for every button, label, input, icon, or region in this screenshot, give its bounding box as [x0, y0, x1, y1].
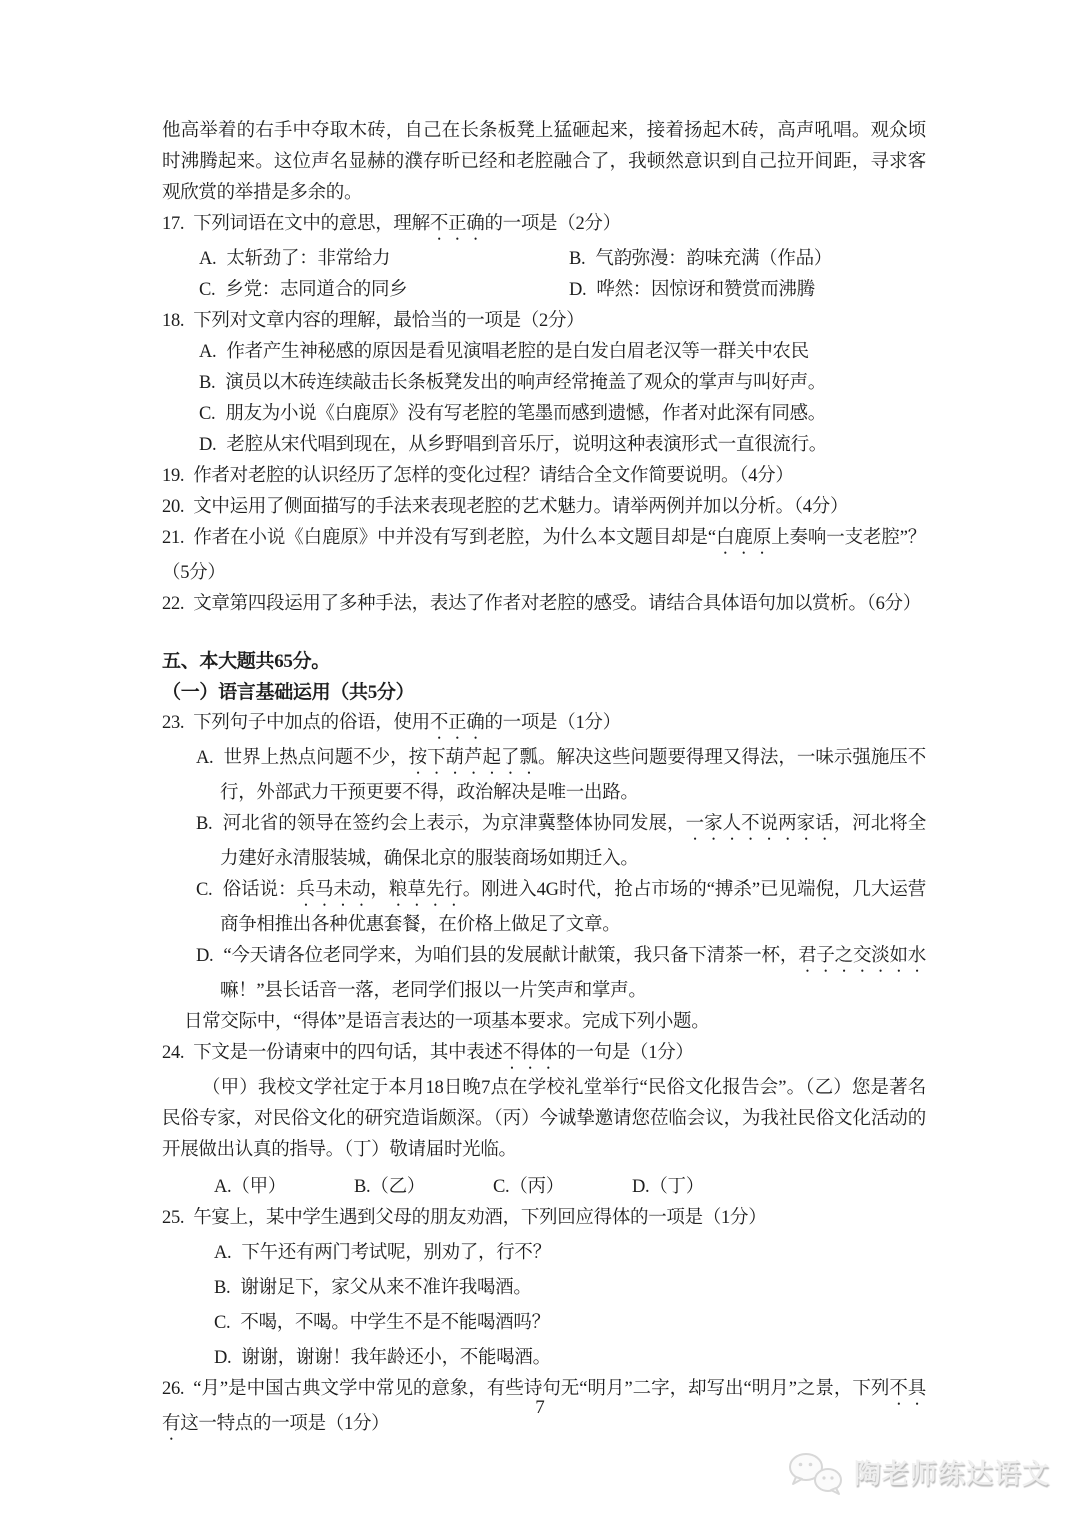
question-17-options: A.太斩劲了：非常给力 B.气韵弥漫：韵味充满（作品） C.乡党：志同道合的同乡… [162, 244, 926, 306]
wechat-icon [784, 1450, 848, 1498]
question-23-option-b: B.河北省的领导在签约会上表示，为京津冀整体协同发展，一家人不说两家话，河北将全… [162, 809, 926, 875]
option-text: “今天请各位老同学来，为咱们县的发展献计献策，我只备下清茶一杯，君子之交淡如水嘛… [220, 946, 926, 1001]
question-23-option-a: A.世界上热点问题不少，按下葫芦起了瓢。解决这些问题要得理又得法，一味示强施压不… [162, 743, 926, 809]
option-text: 哗然：因惊讶和赞赏而沸腾 [596, 280, 814, 300]
passage-text: 他高举着的右手中夺取木砖，自己在长条板凳上猛砸起来，接着扬起木砖，高声吼唱。观众… [162, 116, 926, 209]
option-label: C. [199, 280, 215, 300]
question-21: 21.作者在小说《白鹿原》中并没有写到老腔，为什么本文题目却是“白鹿原上奏响一支… [162, 523, 926, 589]
exam-page: 他高举着的右手中夺取木砖，自己在长条板凳上猛砸起来，接着扬起木砖，高声吼唱。观众… [0, 0, 1080, 1527]
option-text: 俗话说：兵马未动，粮草先行。刚进入4G时代，抢占市场的“搏杀”已见端倪，几大运营… [220, 880, 926, 935]
question-19-stem: 作者对老腔的认识经历了怎样的变化过程？请结合全文作简要说明。（4分） [193, 466, 793, 486]
watermark: 陶老师练达语文 [784, 1450, 1050, 1498]
question-23-option-c: C.俗话说：兵马未动，粮草先行。刚进入4G时代，抢占市场的“搏杀”已见端倪，几大… [162, 875, 926, 941]
option-text: 不喝，不喝。中学生不是不能喝酒吗？ [240, 1313, 549, 1333]
option-text: 气韵弥漫：韵味充满（作品） [595, 249, 832, 269]
question-24: 24.下文是一份请柬中的四句话，其中表述不得体的一句是（1分） [162, 1038, 926, 1073]
question-24-invitation-text: （甲）我校文学社定于本月18日晚7点在学校礼堂举行“民俗文化报告会”。（乙）您是… [162, 1073, 926, 1166]
question-18-option-a: A.作者产生神秘感的原因是看见演唱老腔的是白发白眉老汉等一群关中农民 [162, 337, 926, 368]
option-text: 下午还有两门考试呢，别劝了，行不？ [241, 1243, 550, 1263]
question-17-option-a: A.太斩劲了：非常给力 [199, 244, 569, 275]
option-text: 世界上热点问题不少，按下葫芦起了瓢。解决这些问题要得理又得法，一味示强施压不行，… [220, 748, 926, 803]
question-25-option-d: D.谢谢，谢谢！我年龄还小，不能喝酒。 [162, 1343, 926, 1374]
question-20: 20.文中运用了侧面描写的手法来表现老腔的艺术魅力。请举两例并加以分析。（4分） [162, 492, 926, 523]
question-23-stem: 下列句子中加点的俗语，使用不正确的一项是（1分） [193, 713, 621, 733]
question-24-stem: 下文是一份请柬中的四句话，其中表述不得体的一句是（1分） [193, 1043, 693, 1063]
question-17-option-b: B.气韵弥漫：韵味充满（作品） [569, 244, 926, 275]
option-label: B. [199, 373, 215, 393]
question-18-option-b: B.演员以木砖连续敲击长条板凳发出的响声经常掩盖了观众的掌声与叫好声。 [162, 368, 926, 399]
option-text: 演员以木砖连续敲击长条板凳发出的响声经常掩盖了观众的掌声与叫好声。 [225, 373, 826, 393]
question-25: 25.午宴上，某中学生遇到父母的朋友劝酒，下列回应得体的一项是（1分） [162, 1203, 926, 1234]
question-23-option-d: D.“今天请各位老同学来，为咱们县的发展献计献策，我只备下清茶一杯，君子之交淡如… [162, 941, 926, 1007]
option-label: A. [199, 249, 216, 269]
question-24-choice-d: D.（丁） [632, 1172, 704, 1203]
option-text: 作者产生神秘感的原因是看见演唱老腔的是白发白眉老汉等一群关中农民 [226, 342, 808, 362]
option-label: D. [199, 435, 216, 455]
option-text: 朋友为小说《白鹿原》没有写老腔的笔墨而感到遗憾，作者对此深有同感。 [225, 404, 826, 424]
question-24-number: 24. [162, 1043, 184, 1063]
decorum-intro: 日常交际中，“得体”是语言表达的一项基本要求。完成下列小题。 [162, 1007, 926, 1038]
option-text: 乡党：志同道合的同乡 [225, 280, 407, 300]
option-text: 谢谢，谢谢！我年龄还小，不能喝酒。 [241, 1348, 550, 1368]
option-label: B. [196, 814, 212, 834]
exam-content: 他高举着的右手中夺取木砖，自己在长条板凳上猛砸起来，接着扬起木砖，高声吼唱。观众… [162, 116, 926, 1444]
option-label: A. [196, 748, 213, 768]
question-18-option-d: D.老腔从宋代唱到现在，从乡野唱到音乐厅，说明这种表演形式一直很流行。 [162, 430, 926, 461]
question-25-option-a: A.下午还有两门考试呢，别劝了，行不？ [162, 1238, 926, 1269]
question-17-number: 17. [162, 214, 184, 234]
option-label: D. [214, 1348, 231, 1368]
option-label: B. [569, 249, 585, 269]
question-24-choice-b: B.（乙） [354, 1172, 425, 1203]
section-5-subtitle: （一）语言基础运用（共5分） [162, 677, 926, 708]
option-text: 谢谢足下，家父从来不准许我喝酒。 [240, 1278, 531, 1298]
question-22-stem: 文章第四段运用了多种手法，表达了作者对老腔的感受。请结合具体语句加以赏析。（6分… [193, 594, 921, 614]
question-25-stem: 午宴上，某中学生遇到父母的朋友劝酒，下列回应得体的一项是（1分） [193, 1208, 766, 1228]
page-number: 7 [0, 1392, 1080, 1423]
option-label: C. [214, 1313, 230, 1333]
option-label: D. [569, 280, 586, 300]
option-label: A. [199, 342, 216, 362]
question-17-stem: 下列词语在文中的意思，理解不正确的一项是（2分） [193, 214, 621, 234]
question-20-stem: 文中运用了侧面描写的手法来表现老腔的艺术魅力。请举两例并加以分析。（4分） [193, 497, 848, 517]
question-20-number: 20. [162, 497, 184, 517]
question-17-option-c: C.乡党：志同道合的同乡 [199, 275, 569, 306]
question-24-choice-a: A.（甲） [214, 1172, 286, 1203]
question-18-stem: 下列对文章内容的理解，最恰当的一项是（2分） [193, 311, 584, 331]
question-18-number: 18. [162, 311, 184, 331]
option-text: 河北省的领导在签约会上表示，为京津冀整体协同发展，一家人不说两家话，河北将全力建… [220, 814, 926, 869]
option-label: B. [214, 1278, 230, 1298]
question-23: 23.下列句子中加点的俗语，使用不正确的一项是（1分） [162, 708, 926, 743]
watermark-text: 陶老师练达语文 [854, 1459, 1050, 1490]
section-5-title: 五、本大题共65分。 [162, 646, 926, 677]
question-24-choice-c: C.（丙） [493, 1172, 564, 1203]
question-17: 17.下列词语在文中的意思，理解不正确的一项是（2分） [162, 209, 926, 244]
question-22-number: 22. [162, 594, 184, 614]
option-label: A. [214, 1243, 231, 1263]
option-label: C. [199, 404, 215, 424]
question-22: 22.文章第四段运用了多种手法，表达了作者对老腔的感受。请结合具体语句加以赏析。… [162, 589, 926, 620]
question-25-option-b: B.谢谢足下，家父从来不准许我喝酒。 [162, 1273, 926, 1304]
question-19-number: 19. [162, 466, 184, 486]
question-21-stem: 作者在小说《白鹿原》中并没有写到老腔，为什么本文题目却是“白鹿原上奏响一支老腔”… [162, 528, 926, 583]
question-25-number: 25. [162, 1208, 184, 1228]
question-24-choices: A.（甲） B.（乙） C.（丙） D.（丁） [162, 1172, 926, 1203]
question-19: 19.作者对老腔的认识经历了怎样的变化过程？请结合全文作简要说明。（4分） [162, 461, 926, 492]
option-label: D. [196, 946, 213, 966]
question-21-number: 21. [162, 528, 184, 548]
question-23-number: 23. [162, 713, 184, 733]
question-25-option-c: C.不喝，不喝。中学生不是不能喝酒吗？ [162, 1308, 926, 1339]
option-text: 太斩劲了：非常给力 [226, 249, 390, 269]
option-text: 老腔从宋代唱到现在，从乡野唱到音乐厅，说明这种表演形式一直很流行。 [226, 435, 827, 455]
question-18-option-c: C.朋友为小说《白鹿原》没有写老腔的笔墨而感到遗憾，作者对此深有同感。 [162, 399, 926, 430]
question-18: 18.下列对文章内容的理解，最恰当的一项是（2分） [162, 306, 926, 337]
option-label: C. [196, 880, 212, 900]
question-17-option-d: D.哗然：因惊讶和赞赏而沸腾 [569, 275, 926, 306]
